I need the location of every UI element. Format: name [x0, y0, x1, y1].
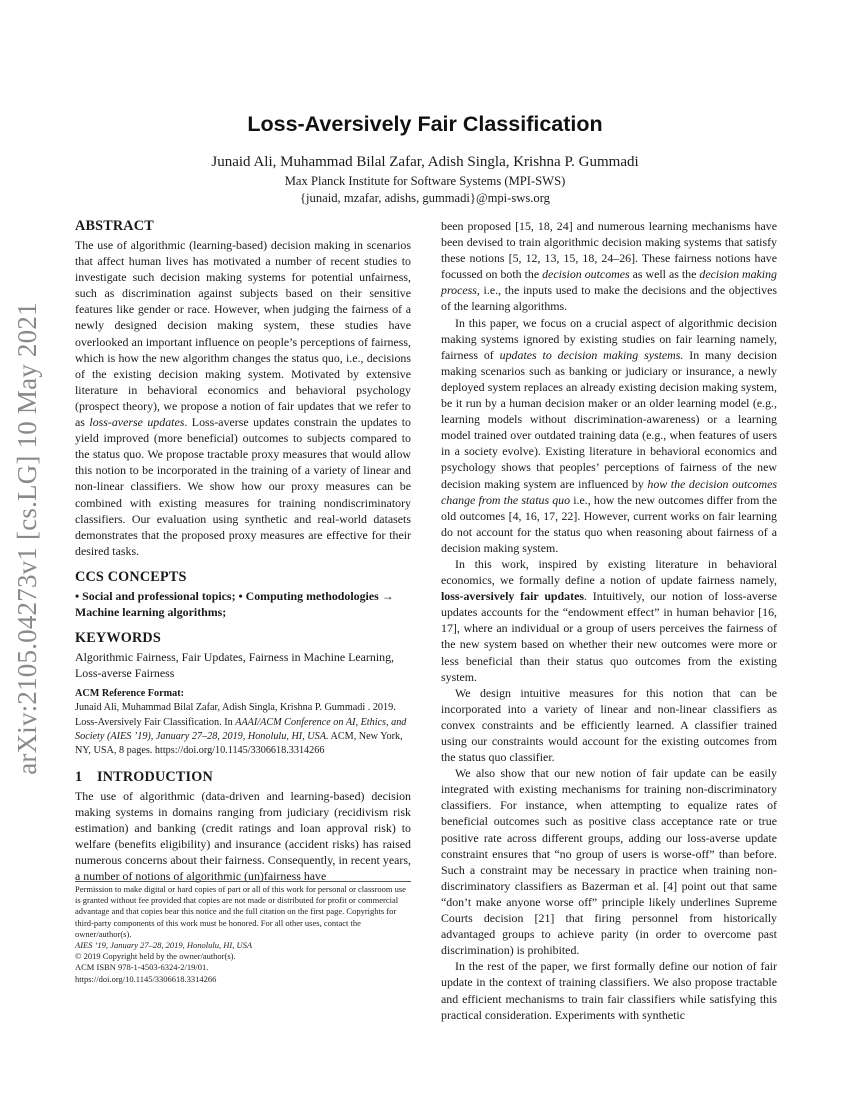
footnote-doi-link[interactable]: https://doi.org/10.1145/3306618.3314266: [75, 974, 411, 985]
ccs-concepts-text: • Social and professional topics; • Comp…: [75, 588, 411, 620]
copyright-line: © 2019 Copyright held by the owner/autho…: [75, 951, 411, 962]
introduction-heading: 1INTRODUCTION: [75, 769, 411, 786]
paper-title: Loss-Aversively Fair Classification: [0, 112, 850, 137]
intro-paragraph-2: In this paper, we focus on a crucial asp…: [441, 315, 777, 556]
introduction-section: 1INTRODUCTION The use of algorithmic (da…: [75, 769, 411, 885]
acm-reference-text: Junaid Ali, Muhammad Bilal Zafar, Adish …: [75, 701, 411, 759]
intro-paragraph-3: In this work, inspired by existing liter…: [441, 556, 777, 685]
intro-paragraph-1: The use of algorithmic (data-driven and …: [75, 788, 411, 885]
keywords-heading: KEYWORDS: [75, 630, 411, 647]
arxiv-stamp-text: arXiv:2105.04273v1 [cs.LG] 10 May 2021: [12, 302, 43, 775]
intro-paragraph-4: We design intuitive measures for this no…: [441, 685, 777, 765]
acm-reference-label: ACM Reference Format:: [75, 687, 411, 701]
ccs-heading: CCS CONCEPTS: [75, 569, 411, 586]
right-column: been proposed [15, 18, 24] and numerous …: [441, 218, 777, 1023]
term-loss-averse-updates: loss-averse updates: [89, 415, 184, 429]
intro-paragraph-5: We also show that our new notion of fair…: [441, 765, 777, 958]
author-affiliation: Max Planck Institute for Software System…: [0, 174, 850, 189]
term-loss-aversively-fair-updates: loss-aversively fair updates: [441, 589, 584, 603]
keywords-text: Algorithmic Fairness, Fair Updates, Fair…: [75, 649, 411, 681]
intro-paragraph-6: In the rest of the paper, we first forma…: [441, 958, 777, 1022]
footnote-divider: [75, 881, 411, 882]
permission-notice: Permission to make digital or hard copie…: [75, 884, 411, 940]
venue-line: AIES ’19, January 27–28, 2019, Honolulu,…: [75, 940, 411, 951]
intro-paragraph-1-continued: been proposed [15, 18, 24] and numerous …: [441, 218, 777, 315]
abstract-section: ABSTRACT The use of algorithmic (learnin…: [75, 218, 411, 559]
author-list: Junaid Ali, Muhammad Bilal Zafar, Adish …: [0, 154, 850, 171]
abstract-text: The use of algorithmic (learning-based) …: [75, 237, 411, 559]
acm-reference-section: ACM Reference Format: Junaid Ali, Muhamm…: [75, 687, 411, 759]
ccs-concepts-section: CCS CONCEPTS • Social and professional t…: [75, 569, 411, 620]
copyright-footnote: Permission to make digital or hard copie…: [75, 884, 411, 985]
keywords-section: KEYWORDS Algorithmic Fairness, Fair Upda…: [75, 630, 411, 681]
isbn-line: ACM ISBN 978-1-4503-6324-2/19/01.: [75, 962, 411, 973]
left-column: ABSTRACT The use of algorithmic (learnin…: [75, 218, 411, 884]
section-number: 1: [75, 769, 97, 786]
abstract-heading: ABSTRACT: [75, 218, 411, 235]
arxiv-identifier-stamp: arXiv:2105.04273v1 [cs.LG] 10 May 2021: [2, 283, 52, 793]
author-emails: {junaid, mzafar, adishs, gummadi}@mpi-sw…: [0, 191, 850, 206]
